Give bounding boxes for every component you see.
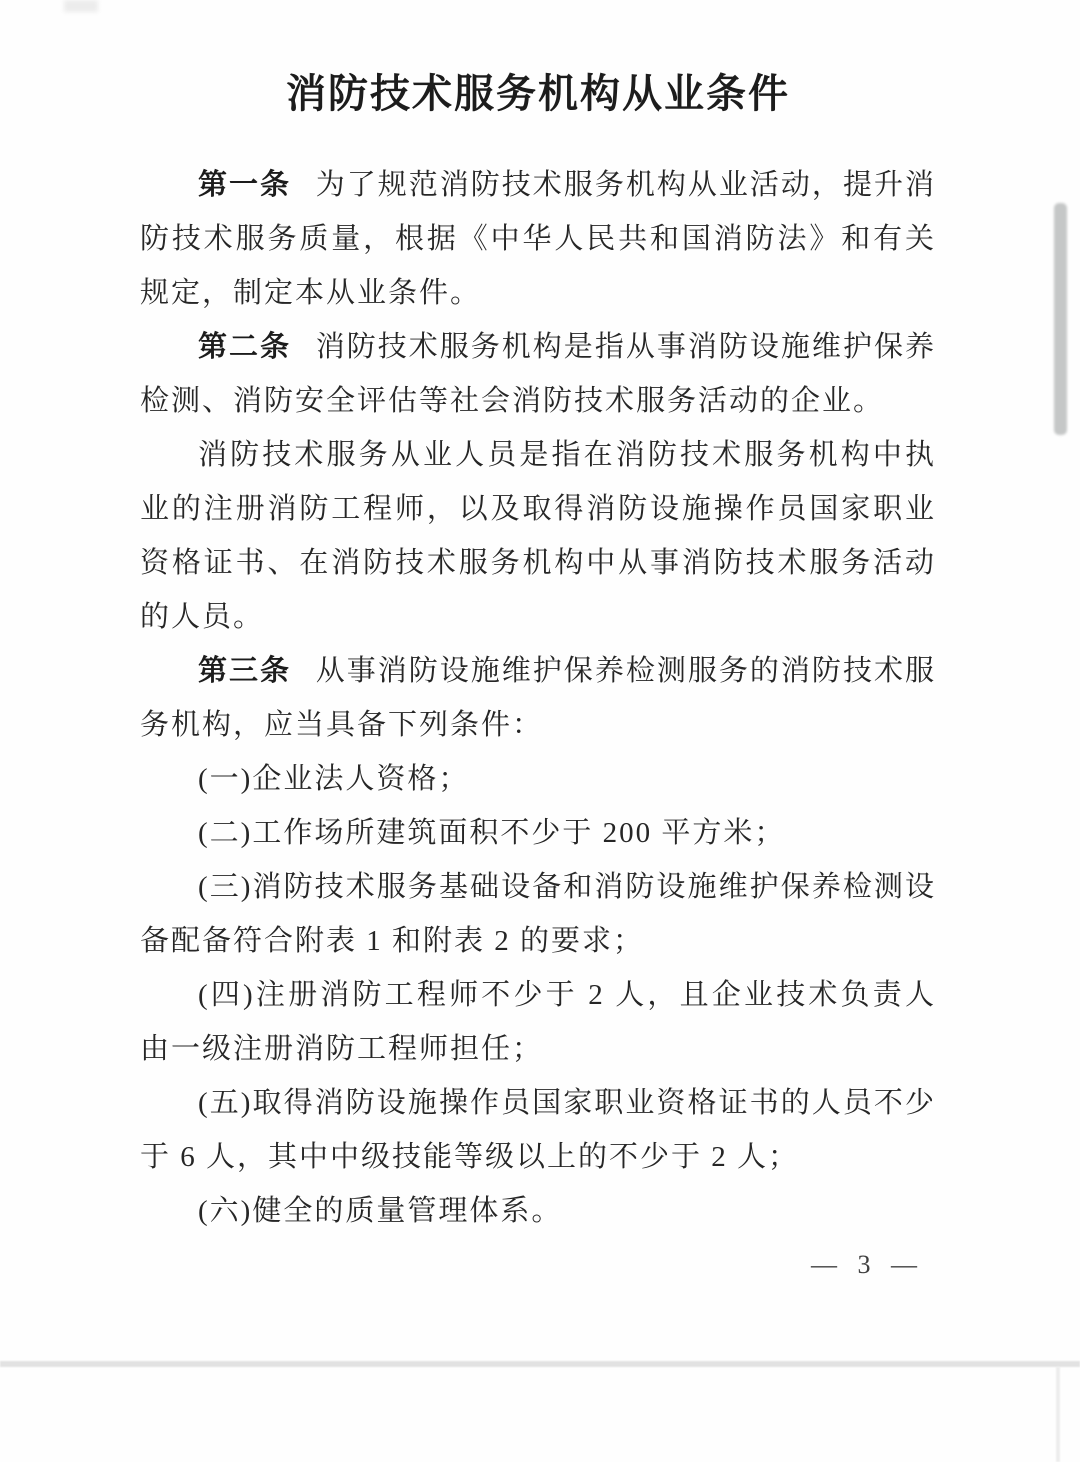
- document-title: 消防技术服务机构从业条件: [140, 68, 936, 120]
- scan-artifact-page-edge-line: [0, 1361, 1080, 1367]
- document-paragraph: 消防技术服务从业人员是指在消防技术服务机构中执业的注册消防工程师，以及取得消防设…: [140, 428, 936, 644]
- document-paragraph: (一)企业法人资格；: [140, 752, 936, 806]
- article-number: 第三条: [198, 655, 316, 687]
- document-paragraph: (六)健全的质量管理体系。: [140, 1184, 936, 1238]
- document-paragraph: 第二条消防技术服务机构是指从事消防设施维护保养检测、消防安全评估等社会消防技术服…: [140, 320, 936, 428]
- scanned-document-page: 消防技术服务机构从业条件 第一条为了规范消防技术服务机构从业活动，提升消防技术服…: [0, 0, 1080, 1462]
- document-paragraph: (三)消防技术服务基础设备和消防设施维护保养检测设备配备符合附表 1 和附表 2…: [140, 860, 936, 968]
- article-number: 第一条: [198, 169, 316, 201]
- scan-artifact-vertical-strip: [1054, 203, 1067, 435]
- document-paragraph: (二)工作场所建筑面积不少于 200 平方米；: [140, 806, 936, 860]
- document-content: 消防技术服务机构从业条件 第一条为了规范消防技术服务机构从业活动，提升消防技术服…: [140, 0, 936, 1292]
- article-number: 第二条: [198, 331, 316, 363]
- scan-artifact-corner-line: [1056, 1367, 1060, 1462]
- document-paragraph: 第一条为了规范消防技术服务机构从业活动，提升消防技术服务质量，根据《中华人民共和…: [140, 158, 936, 320]
- document-paragraph: (五)取得消防设施操作员国家职业资格证书的人员不少于 6 人，其中中级技能等级以…: [140, 1076, 936, 1184]
- page-number: — 3 —: [140, 1238, 936, 1292]
- scan-artifact-smudge: [64, 0, 98, 12]
- document-paragraph: (四)注册消防工程师不少于 2 人，且企业技术负责人由一级注册消防工程师担任；: [140, 968, 936, 1076]
- document-body: 第一条为了规范消防技术服务机构从业活动，提升消防技术服务质量，根据《中华人民共和…: [140, 158, 936, 1238]
- document-paragraph: 第三条从事消防设施维护保养检测服务的消防技术服务机构，应当具备下列条件：: [140, 644, 936, 752]
